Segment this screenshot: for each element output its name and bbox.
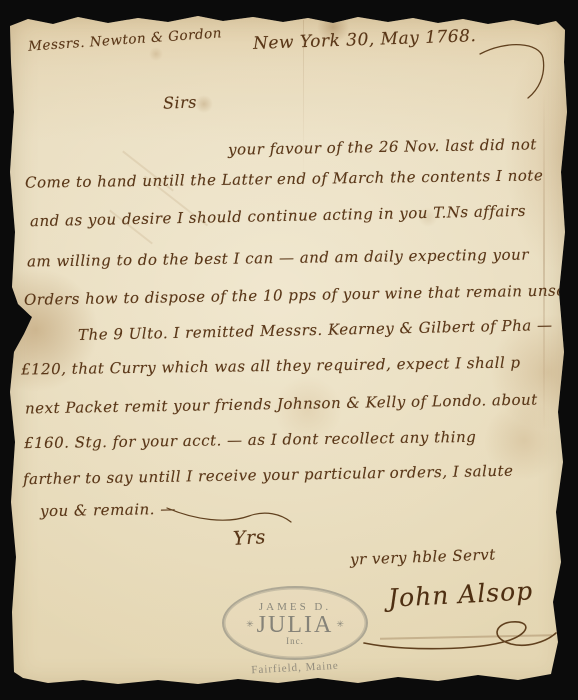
addressee-line: Messrs. Newton & Gordon	[28, 25, 223, 55]
letter-line: Come to hand untill the Latter end of Ma…	[25, 166, 543, 191]
watermark-inc: Inc.	[286, 636, 304, 646]
pen-flourish-signature	[360, 615, 560, 657]
dateline: New York 30, May 1768.	[253, 26, 477, 54]
letter-line: your favour of the 26 Nov. last did not	[228, 135, 537, 158]
letter-line: farther to say untill I receive your par…	[23, 462, 514, 489]
pen-flourish-date	[478, 38, 550, 102]
star-icon: ✳	[246, 620, 254, 630]
letter-line: am willing to do the best I can — and am…	[27, 245, 529, 270]
photo-background: Messrs. Newton & Gordon New York 30, May…	[0, 0, 578, 700]
salutation: Sirs	[163, 92, 198, 112]
closing-formal: yr very hble Servt	[350, 545, 496, 568]
paper-tear	[14, 304, 31, 336]
star-icon: ✳	[336, 620, 344, 630]
watermark-oval: JAMES D. ✳ JULIA ✳ Inc.	[222, 586, 368, 660]
fold-crease-bottom	[380, 634, 552, 639]
letter-line: Orders how to dispose of the 10 pps of y…	[24, 281, 578, 309]
letter-line: £160. Stg. for your acct. — as I dont re…	[24, 428, 477, 452]
letter-line: and as you desire I should continue acti…	[30, 202, 526, 230]
letter-line: next Packet remit your friends Johnson &…	[25, 391, 538, 418]
letter-line: you & remain. —	[40, 500, 176, 520]
closing-informal: Yrs	[232, 526, 266, 550]
watermark-name-main: JULIA	[257, 612, 334, 639]
letter-line: £120, that Curry which was all they requ…	[21, 354, 521, 379]
letter-line: The 9 Ulto. I remitted Messrs. Kearney &…	[78, 316, 553, 344]
pen-flourish-remain	[165, 502, 295, 530]
signature: John Alsop	[387, 576, 533, 613]
fold-crease-right	[543, 92, 545, 432]
auction-watermark: JAMES D. ✳ JULIA ✳ Inc. Fairfield, Maine	[220, 586, 370, 674]
